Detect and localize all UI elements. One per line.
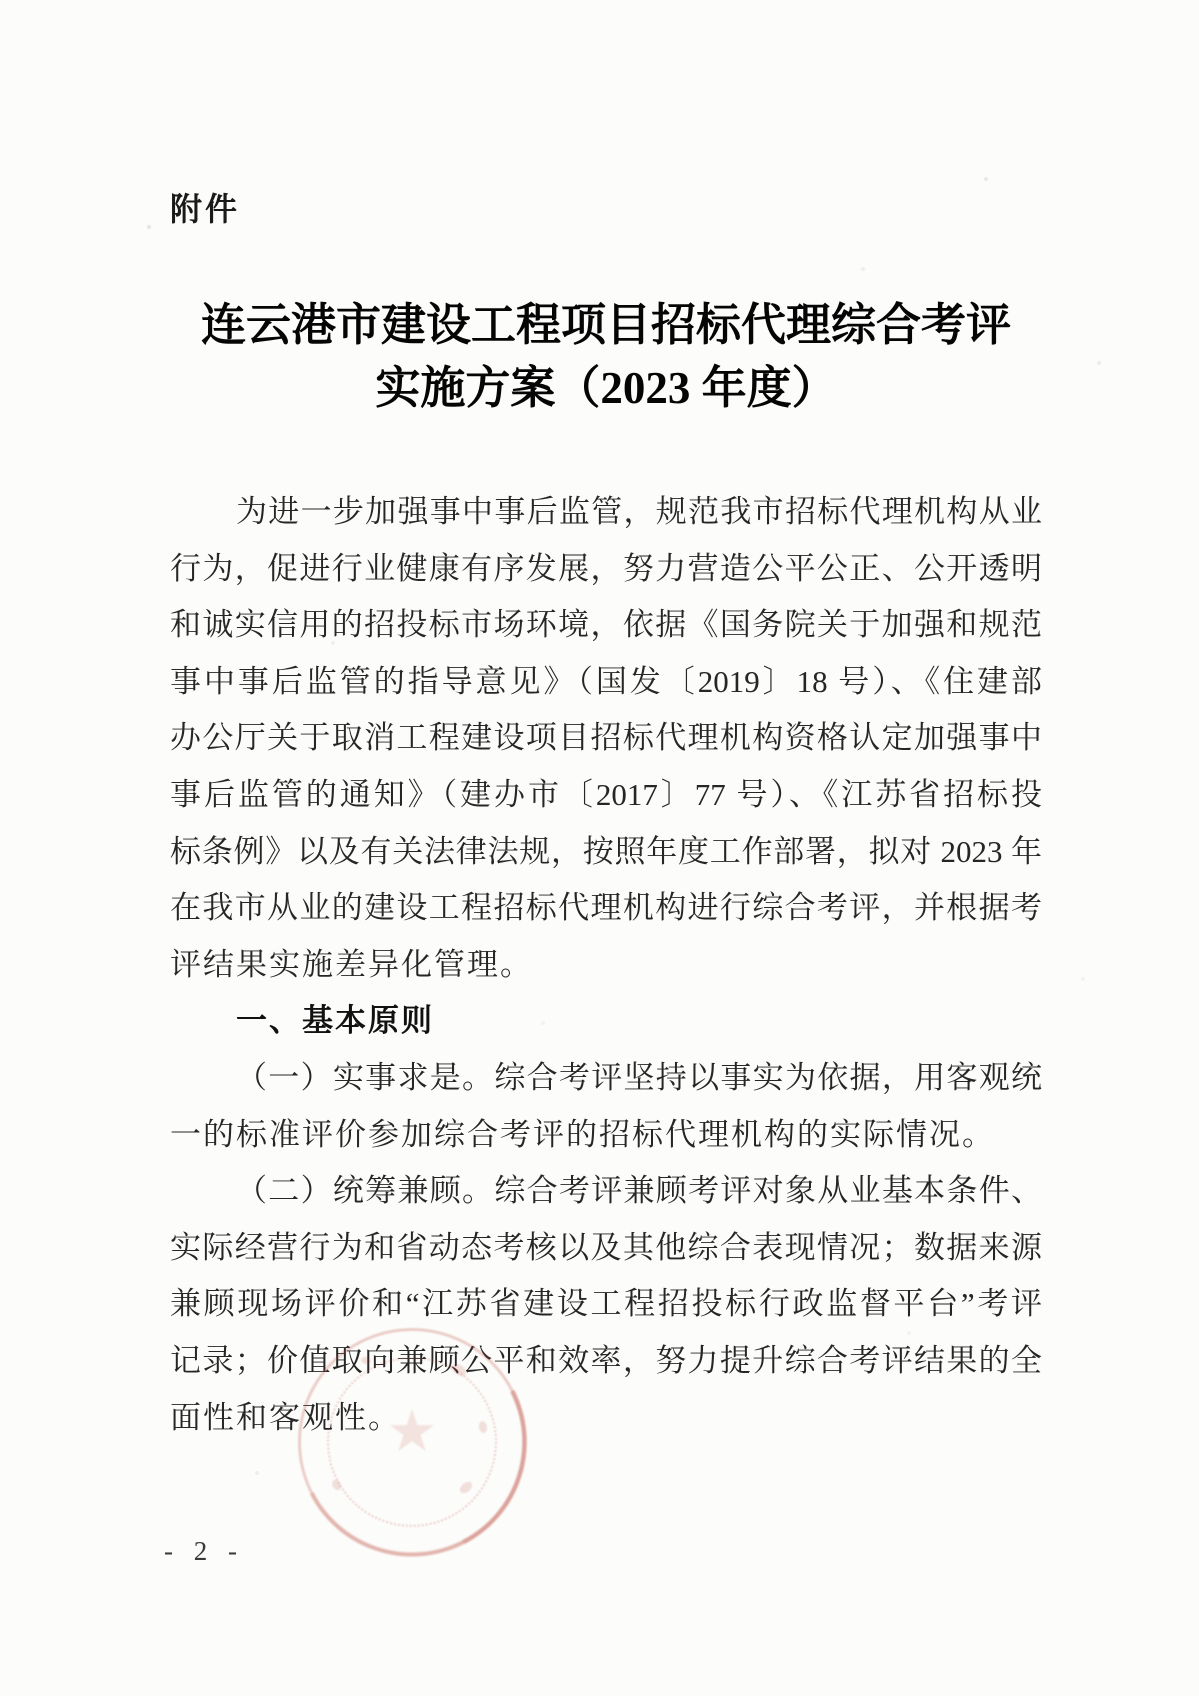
text-line: （二）统筹兼顾。综合考评兼顾考评对象从业基本条件、 (170, 1163, 1042, 1220)
official-red-seal-stamp: ★ (298, 1328, 526, 1556)
text-line: 事中事后监管的指导意见》（国发〔2019〕18 号）、《住建部 (170, 654, 1042, 711)
attachment-label: 附件 (170, 184, 240, 230)
text-line: 标条例》以及有关法律法规，按照年度工作部署，拟对 2023 年 (170, 824, 1042, 881)
seal-star-icon: ★ (301, 1403, 523, 1461)
scanned-document-page: 附件 连云港市建设工程项目招标代理综合考评 实施方案（2023 年度） 为进一步… (0, 0, 1199, 1696)
text-line: 在我市从业的建设工程招标代理机构进行综合考评，并根据考 (170, 880, 1042, 937)
text-line: 记录；价值取向兼顾公平和效率，努力提升综合考评结果的全 (170, 1333, 1042, 1390)
section-heading: 一、基本原则 (170, 993, 1042, 1050)
document-title: 连云港市建设工程项目招标代理综合考评 实施方案（2023 年度） (170, 294, 1042, 420)
text-line: 和诚实信用的招投标市场环境，依据《国务院关于加强和规范 (170, 597, 1042, 654)
text-line: 一的标准评价参加综合考评的招标代理机构的实际情况。 (170, 1107, 1042, 1164)
document-lines: 为进一步加强事中事后监管，规范我市招标代理机构从业行为，促进行业健康有序发展，努… (170, 484, 1042, 1446)
text-line: 办公厅关于取消工程建设项目招标代理机构资格认定加强事中 (170, 710, 1042, 767)
document-title-line-2: 实施方案（2023 年度） (170, 357, 1042, 420)
text-line: 为进一步加强事中事后监管，规范我市招标代理机构从业 (170, 484, 1042, 541)
text-line: 兼顾现场评价和“江苏省建设工程招投标行政监督平台”考评 (170, 1276, 1042, 1333)
text-line: 事后监管的通知》（建办市〔2017〕77 号）、《江苏省招标投 (170, 767, 1042, 824)
page-number: - 2 - (164, 1536, 244, 1567)
document-title-line-1: 连云港市建设工程项目招标代理综合考评 (170, 294, 1042, 357)
text-line: 评结果实施差异化管理。 (170, 937, 1042, 994)
text-line: 行为，促进行业健康有序发展，努力营造公平公正、公开透明 (170, 541, 1042, 598)
text-line: 实际经营行为和省动态考核以及其他综合表现情况；数据来源 (170, 1220, 1042, 1277)
text-line: （一）实事求是。综合考评坚持以事实为依据，用客观统 (170, 1050, 1042, 1107)
scan-noise-speckles (0, 0, 2, 2)
